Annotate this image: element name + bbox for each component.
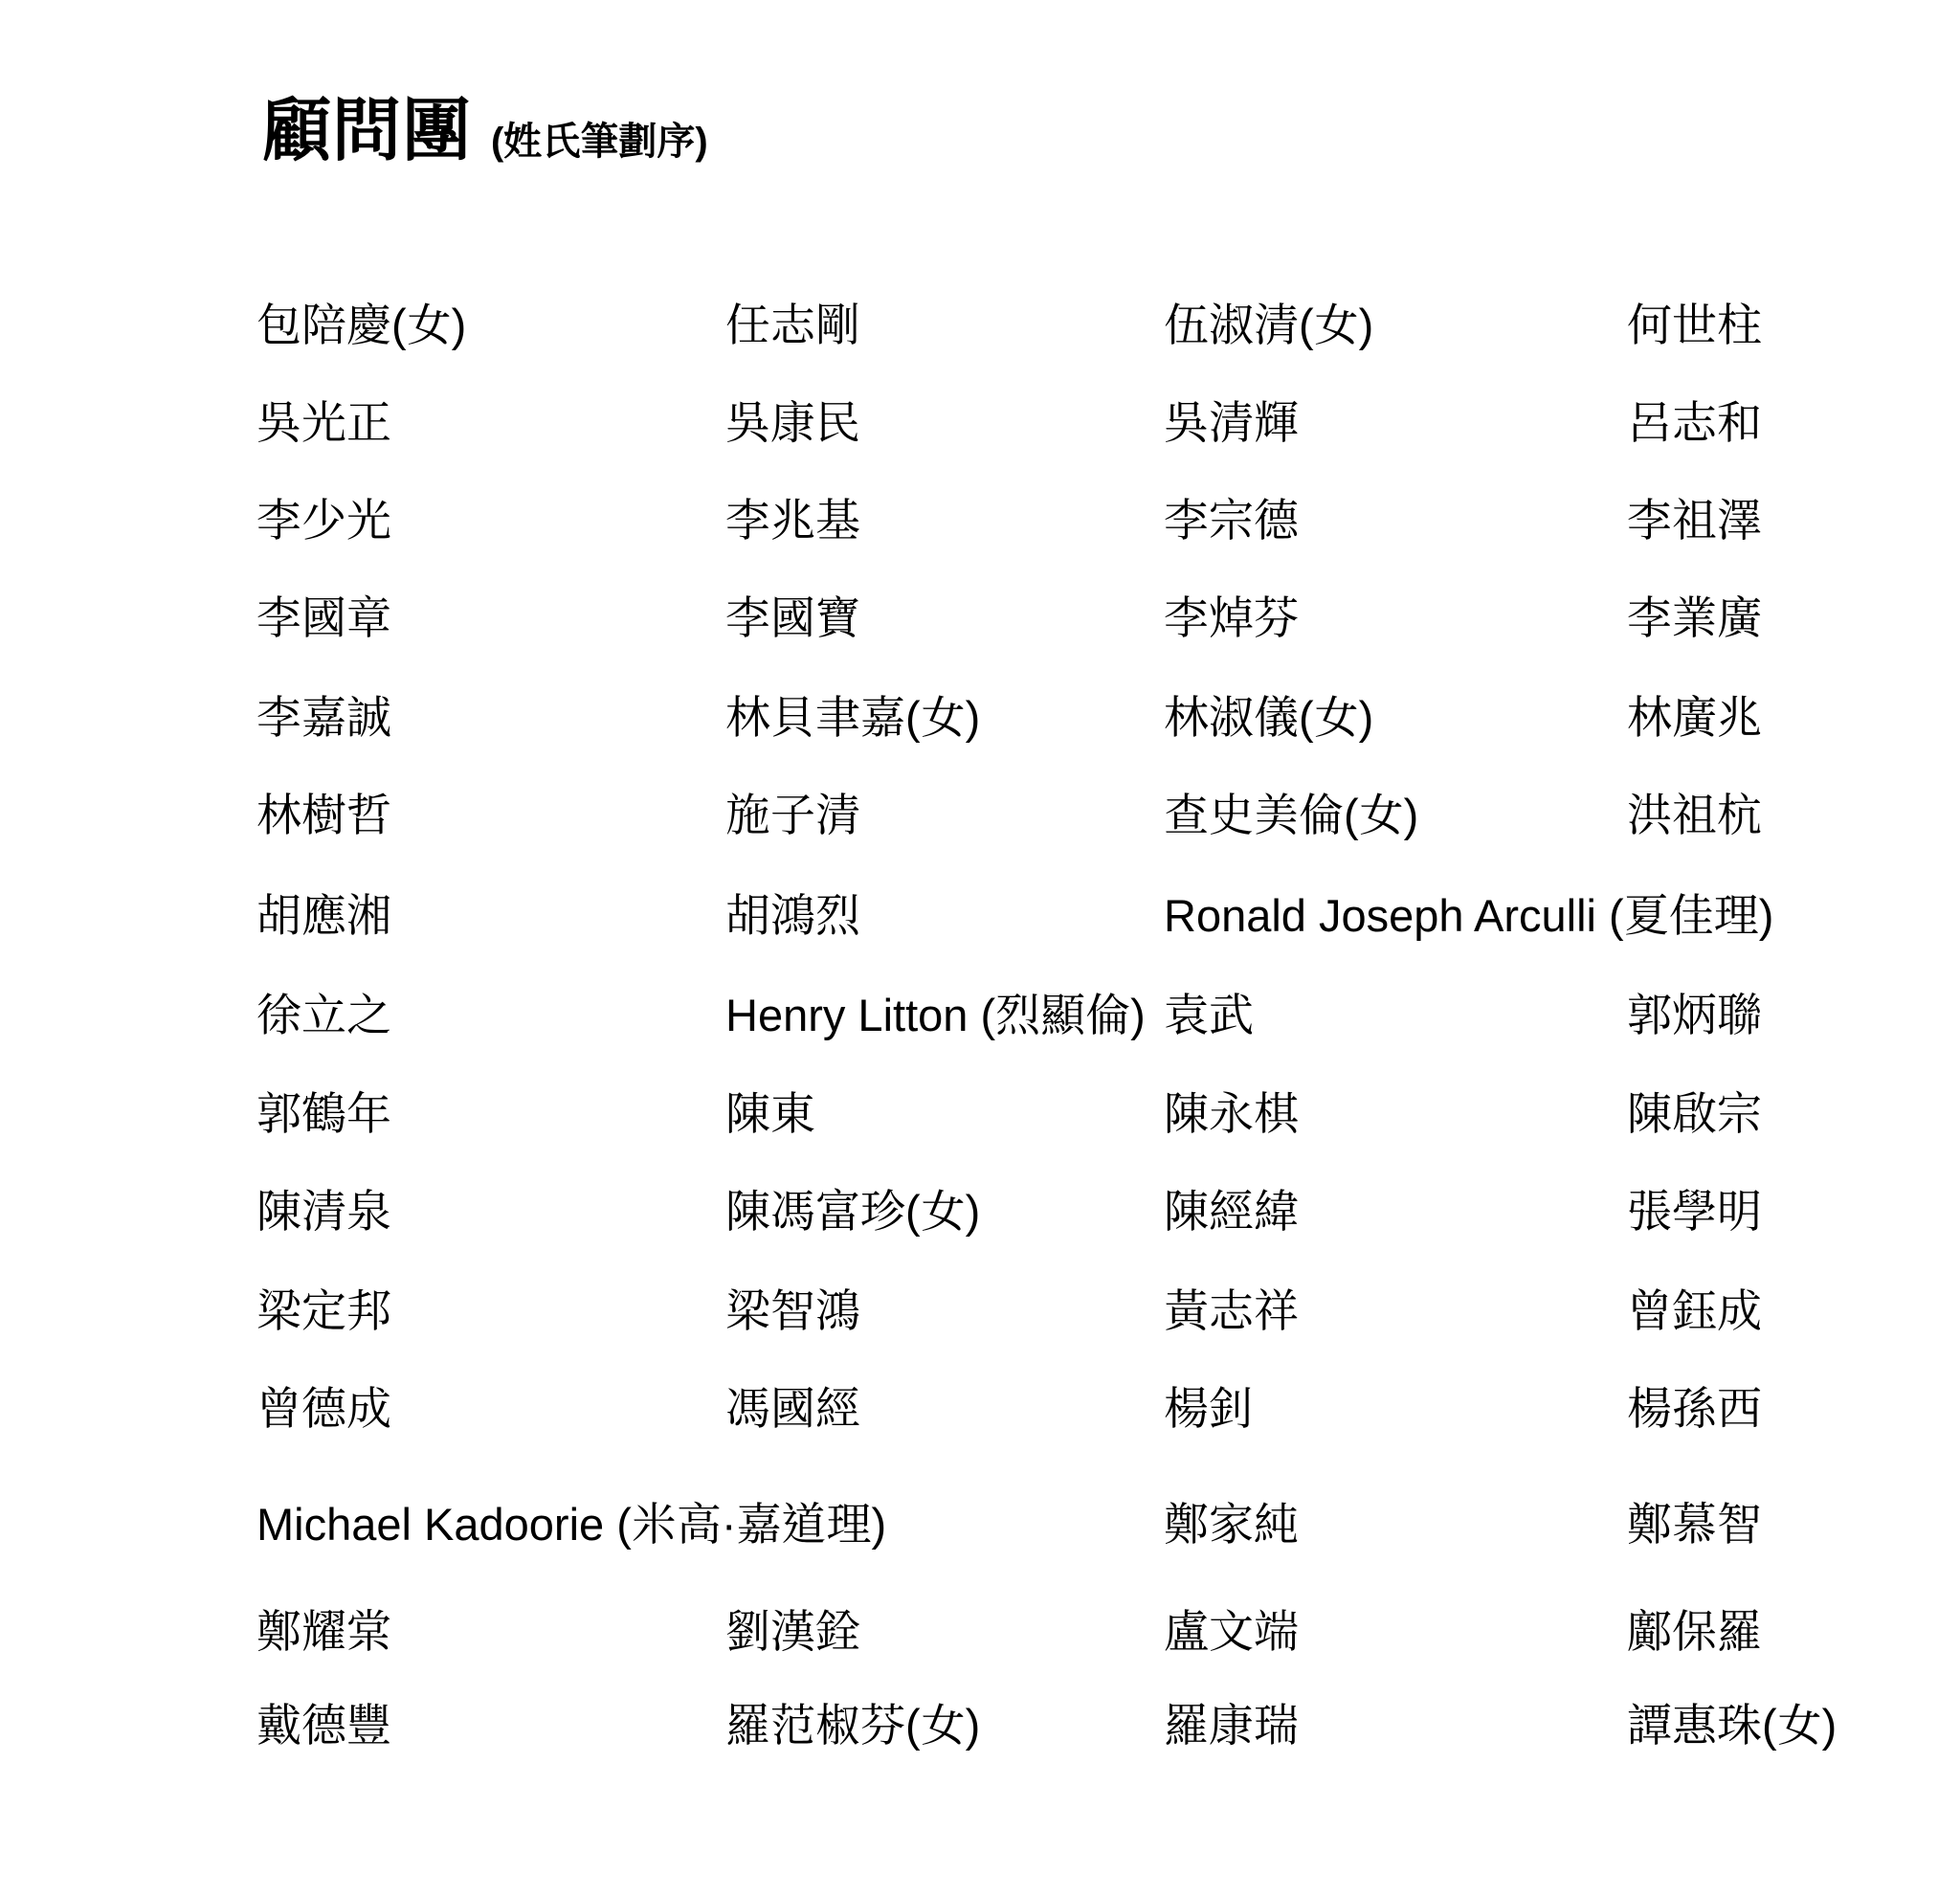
member-name: 林貝聿嘉(女) [725, 692, 980, 744]
member-name: 伍淑清(女) [1164, 300, 1373, 351]
member-name: 郭鶴年 [256, 1088, 391, 1140]
member-name: 鄭慕智 [1627, 1499, 1762, 1551]
member-name: 陳清泉 [256, 1186, 391, 1238]
member-row: 李嘉誠林貝聿嘉(女)林淑儀(女)林廣兆 [0, 692, 1960, 749]
member-name: 曾德成 [256, 1383, 391, 1435]
member-name: 譚惠珠(女) [1627, 1700, 1837, 1752]
page-title-text: 顧問團 [262, 93, 472, 169]
member-name: 劉漢銓 [725, 1606, 860, 1658]
member-name: 鄭家純 [1164, 1499, 1299, 1551]
member-row: 郭鶴年陳東陳永棋陳啟宗 [0, 1088, 1960, 1146]
member-name: 陳東 [725, 1088, 815, 1140]
member-row: 胡應湘胡鴻烈Ronald Joseph Arculli (夏佳理) [0, 890, 1960, 948]
member-name: 鄭耀棠 [256, 1606, 391, 1658]
member-name: 徐立之 [256, 990, 391, 1041]
member-row: 包陪慶(女)任志剛伍淑清(女)何世柱 [0, 300, 1960, 357]
member-row: 戴德豐羅范椒芬(女)羅康瑞譚惠珠(女) [0, 1700, 1960, 1757]
member-row: 李國章李國寶李焯芬李業廣 [0, 592, 1960, 650]
member-name: 林淑儀(女) [1164, 692, 1373, 744]
member-name: 李宗德 [1164, 495, 1299, 547]
member-name: 查史美倫(女) [1164, 790, 1418, 841]
member-name: 李嘉誠 [256, 692, 391, 744]
member-row: 李少光李兆基李宗德李祖澤 [0, 495, 1960, 552]
member-name: 李少光 [256, 495, 391, 547]
member-name: 戴德豐 [256, 1700, 391, 1752]
member-row: 林樹哲施子清查史美倫(女)洪祖杭 [0, 790, 1960, 847]
member-name: 郭炳聯 [1627, 990, 1762, 1041]
member-name: 陳啟宗 [1627, 1088, 1762, 1140]
member-name: 施子清 [725, 790, 860, 841]
member-name: 黃志祥 [1164, 1285, 1299, 1337]
page-title-sort-note: (姓氏筆劃序) [491, 121, 708, 163]
member-name: 梁定邦 [256, 1285, 391, 1337]
member-name: 林廣兆 [1627, 692, 1762, 744]
member-name: 張學明 [1627, 1186, 1762, 1238]
member-name: 馮國經 [725, 1383, 860, 1435]
member-name: 包陪慶(女) [256, 300, 466, 351]
member-name: 吳清輝 [1164, 397, 1299, 449]
member-row: 徐立之Henry Litton (烈顯倫)袁武郭炳聯 [0, 990, 1960, 1047]
member-name: 任志剛 [725, 300, 860, 351]
member-name: 李祖澤 [1627, 495, 1762, 547]
member-row: 陳清泉陳馮富珍(女)陳經緯張學明 [0, 1186, 1960, 1243]
member-name: 李業廣 [1627, 592, 1762, 644]
member-name: 鄺保羅 [1627, 1606, 1762, 1658]
member-name: 李國章 [256, 592, 391, 644]
member-name: 楊孫西 [1627, 1383, 1762, 1435]
member-name: 楊釗 [1164, 1383, 1254, 1435]
member-name: 吳光正 [256, 397, 391, 449]
member-name: Henry Litton (烈顯倫) [725, 990, 1146, 1041]
member-name: 陳永棋 [1164, 1088, 1299, 1140]
member-name: 羅范椒芬(女) [725, 1700, 980, 1752]
member-name: 吳康民 [725, 397, 860, 449]
member-row: 曾德成馮國經楊釗楊孫西 [0, 1383, 1960, 1440]
member-name: 李焯芬 [1164, 592, 1299, 644]
member-name: Ronald Joseph Arculli (夏佳理) [1164, 890, 1773, 942]
member-row: 吳光正吳康民吳清輝呂志和 [0, 397, 1960, 455]
member-name: 梁智鴻 [725, 1285, 860, 1337]
member-name: 李兆基 [725, 495, 860, 547]
member-name: 曾鈺成 [1627, 1285, 1762, 1337]
member-name: 陳經緯 [1164, 1186, 1299, 1238]
member-name: 羅康瑞 [1164, 1700, 1299, 1752]
member-name: 胡鴻烈 [725, 890, 860, 942]
member-name: 林樹哲 [256, 790, 391, 841]
member-name: 呂志和 [1627, 397, 1762, 449]
member-name: 李國寶 [725, 592, 860, 644]
member-name: 陳馮富珍(女) [725, 1186, 980, 1238]
page-title: 顧問團(姓氏筆劃序) [262, 75, 708, 174]
member-row: 梁定邦梁智鴻黃志祥曾鈺成 [0, 1285, 1960, 1343]
member-row: Michael Kadoorie (米高·嘉道理)鄭家純鄭慕智 [0, 1499, 1960, 1556]
member-name: 袁武 [1164, 990, 1254, 1041]
member-name: 洪祖杭 [1627, 790, 1762, 841]
member-name: 盧文端 [1164, 1606, 1299, 1658]
member-row: 鄭耀棠劉漢銓盧文端鄺保羅 [0, 1606, 1960, 1663]
document-page: 顧問團(姓氏筆劃序) 包陪慶(女)任志剛伍淑清(女)何世柱吳光正吳康民吳清輝呂志… [0, 0, 1960, 1897]
member-name: 何世柱 [1627, 300, 1762, 351]
member-name: Michael Kadoorie (米高·嘉道理) [256, 1499, 886, 1551]
member-name: 胡應湘 [256, 890, 391, 942]
